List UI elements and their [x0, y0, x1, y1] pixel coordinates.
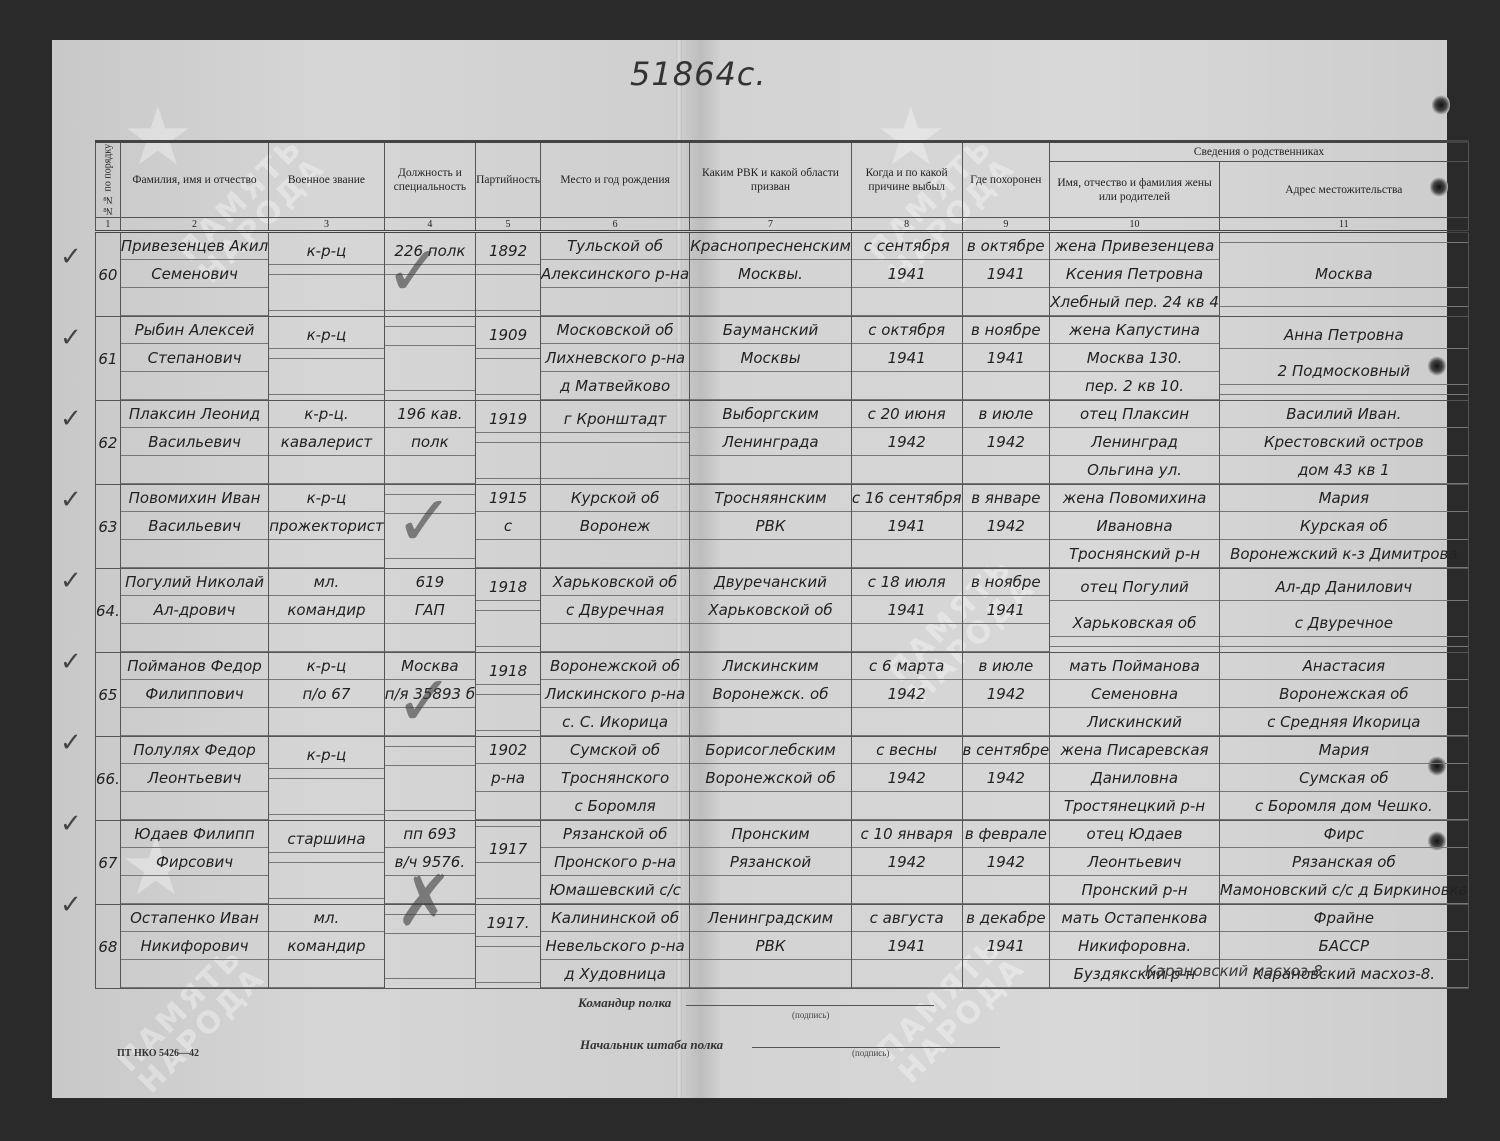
cell-line: Ксения Петровна — [1050, 261, 1219, 288]
verification-check-mark-icon: ✓ — [385, 230, 444, 312]
cell-name: Полулях ФедорЛеонтьевич — [120, 737, 268, 821]
cell-line: р-на — [476, 765, 540, 792]
cell-birth-place: Харьковской обс Двуречная — [541, 569, 690, 653]
cell-line — [476, 274, 540, 275]
cell-departure: с 20 июня1942 — [851, 401, 962, 485]
cell-line: Москва — [1220, 261, 1468, 288]
cell-line: 1941 — [852, 261, 962, 288]
cell-line: Алексинского р-на — [541, 261, 689, 288]
cell-line: с октября — [852, 317, 962, 344]
row-check-mark-icon: ✓ — [60, 404, 82, 434]
row-number: 68 — [96, 905, 121, 989]
cell-line: Юдаев Филипп — [121, 821, 268, 848]
cell-line: Тульской об — [541, 233, 689, 260]
cell-line — [476, 793, 540, 820]
cell-line — [690, 457, 851, 484]
cell-relative: жена ПривезенцеваКсения ПетровнаХлебный … — [1050, 232, 1220, 317]
cell-line: Мамоновский с/с д Биркиновка — [1220, 877, 1468, 904]
header-position: Должность и специальность — [384, 142, 475, 218]
cell-line: мл. — [269, 569, 383, 596]
cell-line: 1919 — [476, 406, 540, 433]
cell-line — [690, 625, 851, 652]
table-row: 65Пойманов ФедорФилиппович к-р-цп/о 67 М… — [96, 653, 1469, 737]
table-row: 62Плаксин ЛеонидВасильевич к-р-ц.кавалер… — [96, 401, 1469, 485]
cell-line — [690, 289, 851, 316]
cell-birth-place: Сумской обТроснянскогос Боромля — [541, 737, 690, 821]
commander-label: Командир полка — [578, 995, 671, 1011]
cell-line — [852, 373, 962, 400]
cell-line: Курская об — [1220, 513, 1468, 540]
cell-burial: в июле1942 — [962, 653, 1050, 737]
cell-line — [269, 961, 383, 988]
cell-line: 1917 — [476, 836, 540, 863]
cell-line: Ленинградским — [690, 905, 851, 932]
cell-line: с Двуречное — [1220, 610, 1468, 637]
address-overflow-text: Карановский масхоз-8. — [1145, 962, 1327, 980]
cell-line: в декабре — [963, 905, 1050, 932]
cell-rvk: ЛискинскимВоронежск. об — [690, 653, 852, 737]
cell-line: 1941 — [963, 261, 1050, 288]
cell-departure: с 10 января1942 — [851, 821, 962, 905]
cell-rvk: ДвуречанскийХарьковской об — [690, 569, 852, 653]
chief-of-staff-signature-caption: (подпись) — [852, 1048, 889, 1058]
cell-line — [121, 541, 268, 568]
cell-line — [963, 793, 1050, 820]
cell-address: Москва — [1219, 232, 1468, 317]
cell-rvk: БауманскийМосквы — [690, 317, 852, 401]
cell-address: ФирсРязанская обМамоновский с/с д Биркин… — [1219, 821, 1468, 905]
cell-line: пер. 2 кв 10. — [1050, 373, 1219, 400]
cell-line — [385, 345, 475, 346]
cell-line — [541, 452, 689, 479]
cell-line: Лискинский — [1050, 709, 1219, 736]
cell-rank: к-р-ц — [269, 317, 384, 401]
cell-line: д Матвейково — [541, 373, 689, 400]
header-relative-name: Имя, отчество и фамилия жены или родител… — [1050, 162, 1220, 218]
cell-line: Воронежская об — [1220, 681, 1468, 708]
cell-line — [476, 610, 540, 611]
cell-relative: отец ПлаксинЛенинградОльгина ул. — [1050, 401, 1220, 485]
cell-birth-place: Воронежской обЛискинского р-нас. С. Икор… — [541, 653, 690, 737]
cell-relative: отец ПогулийХарьковская об — [1050, 569, 1220, 653]
header-left: Когда и по какой причине выбыл — [851, 142, 962, 218]
cell-line — [269, 541, 383, 568]
row-number: 62 — [96, 401, 121, 485]
cell-line: Семеновна — [1050, 681, 1219, 708]
cell-line: Крестовский остров — [1220, 429, 1468, 456]
cell-name: Привезенцев АкилСеменович — [120, 232, 268, 317]
cell-burial: в январе1942 — [962, 485, 1050, 569]
cell-line: Фирсович — [121, 849, 268, 876]
cell-line: Ивановна — [1050, 513, 1219, 540]
cell-line: 619 — [385, 569, 475, 596]
form-code: ПТ НКО 5426—42 — [117, 1048, 199, 1059]
cell-line: с 18 июля — [852, 569, 962, 596]
cell-burial: в ноябре1941 — [962, 317, 1050, 401]
cell-name: Погулий НиколайАл-дрович — [120, 569, 268, 653]
cell-departure: с 6 марта1942 — [851, 653, 962, 737]
cell-line — [476, 704, 540, 731]
row-number: 65 — [96, 653, 121, 737]
cell-line — [1220, 394, 1468, 395]
row-check-mark-icon: ✓ — [60, 647, 82, 677]
header-number: №№ по порядку — [96, 142, 121, 218]
cell-line: Степанович — [121, 345, 268, 372]
table-row: 66.Полулях ФедорЛеонтьевич к-р-ц 1902р-н… — [96, 737, 1469, 821]
row-number: 66. — [96, 737, 121, 821]
cell-line — [852, 877, 962, 904]
cell-line: дом 43 кв 1 — [1220, 457, 1468, 484]
cell-rank: к-р-цпрожекторист — [269, 485, 384, 569]
cell-line: командир — [269, 933, 383, 960]
cell-line: Троснянский р-н — [1050, 541, 1219, 568]
cell-line — [690, 793, 851, 820]
cell-rank: к-р-цп/о 67 — [269, 653, 384, 737]
cell-line: с Средняя Икорица — [1220, 709, 1468, 736]
cell-relative: жена ПисаревскаяДаниловнаТростянецкий р-… — [1050, 737, 1220, 821]
cell-rvk: ТросняянскимРВК — [690, 485, 852, 569]
cell-line — [690, 961, 851, 988]
cell-line: РВК — [690, 513, 851, 540]
cell-birth-place: Калининской обНевельского р-над Худовниц… — [541, 905, 690, 989]
cell-line — [852, 961, 962, 988]
header-rank: Военное звание — [269, 142, 384, 218]
cell-line: Харьковской об — [541, 569, 689, 596]
cell-line: Юмашевский с/с — [541, 877, 689, 904]
cell-line — [269, 284, 383, 311]
cell-burial: в декабре1941 — [962, 905, 1050, 989]
header-relatives-group: Сведения о родственниках — [1050, 142, 1469, 162]
cell-line: Филиппович — [121, 681, 268, 708]
cell-line: Пойманов Федор — [121, 653, 268, 680]
cell-line: Ленинграда — [690, 429, 851, 456]
cell-burial: в сентябре1942 — [962, 737, 1050, 821]
cell-line — [963, 961, 1050, 988]
table-row: 67Юдаев ФилиппФирсович старшина пп 693в/… — [96, 821, 1469, 905]
cell-departure: с 18 июля1941 — [851, 569, 962, 653]
cell-line: Остапенко Иван — [121, 905, 268, 932]
cell-departure: с октября1941 — [851, 317, 962, 401]
cell-line — [269, 872, 383, 899]
cell-name: Повомихин ИванВасильевич — [120, 485, 268, 569]
cell-line: с 20 июня — [852, 401, 962, 428]
cell-line: Плаксин Леонид — [121, 401, 268, 428]
cell-address: МарияСумская обс Боромля дом Чешко. — [1219, 737, 1468, 821]
cell-line: Воронежский к-з Димитрова — [1220, 541, 1468, 568]
cell-line: 1909 — [476, 322, 540, 349]
cell-line — [1220, 646, 1468, 647]
cell-line — [476, 358, 540, 359]
table-row: 64.Погулий НиколайАл-дрович мл.командир … — [96, 569, 1469, 653]
cell-line: г Кронштадт — [541, 406, 689, 433]
cell-line: Харьковская об — [1050, 610, 1219, 637]
cell-line: 1902 — [476, 737, 540, 764]
cell-rvk: КраснопресненскимМосквы. — [690, 232, 852, 317]
cell-line: 1942 — [852, 429, 962, 456]
cell-address: АнастасияВоронежская обс Средняя Икорица — [1219, 653, 1468, 737]
cell-burial: в октябре1941 — [962, 232, 1050, 317]
cell-line: Сумской об — [541, 737, 689, 764]
cell-line: Василий Иван. — [1220, 401, 1468, 428]
cell-line: 1941 — [963, 345, 1050, 372]
cell-line: с Боромля — [541, 793, 689, 820]
cell-line: в январе — [963, 485, 1050, 512]
cell-line: отец Плаксин — [1050, 401, 1219, 428]
row-check-mark-icon: ✓ — [60, 323, 82, 353]
cell-position: 619ГАП — [384, 569, 475, 653]
cell-line — [1220, 306, 1468, 307]
cell-line: Леонтьевич — [1050, 849, 1219, 876]
cell-party: 1909 — [476, 317, 541, 401]
archive-number: 51864с. — [630, 55, 767, 93]
cell-line: Краснопресненским — [690, 233, 851, 260]
cell-line: кавалерист — [269, 429, 383, 456]
cell-party: 1917 — [476, 821, 541, 905]
cell-burial: в феврале1942 — [962, 821, 1050, 905]
cell-line: к-р-ц. — [269, 401, 383, 428]
cell-line: отец Юдаев — [1050, 821, 1219, 848]
cell-line — [269, 625, 383, 652]
cell-line — [269, 457, 383, 484]
cell-party: 1915с — [476, 485, 541, 569]
cell-line: Леонтьевич — [121, 765, 268, 792]
cell-line: Воронежской об — [541, 653, 689, 680]
cell-line — [690, 709, 851, 736]
cell-line: Воронежской об — [690, 765, 851, 792]
cell-line: Никифорович — [121, 933, 268, 960]
cell-name: Юдаев ФилиппФирсович — [120, 821, 268, 905]
cell-line — [269, 709, 383, 736]
table-row: 63Повомихин ИванВасильевич к-р-цпрожекто… — [96, 485, 1469, 569]
cell-line: Фрайне — [1220, 905, 1468, 932]
cell-line: жена Повомихина — [1050, 485, 1219, 512]
cell-line — [476, 826, 540, 827]
row-check-mark-icon: ✓ — [60, 242, 82, 272]
cell-party: 1892 — [476, 232, 541, 317]
cell-line — [476, 694, 540, 695]
cell-departure: с весны1942 — [851, 737, 962, 821]
cell-line: Повомихин Иван — [121, 485, 268, 512]
cell-line — [121, 961, 268, 988]
cell-relative: жена ПовомихинаИвановнаТроснянский р-н — [1050, 485, 1220, 569]
cell-line: БАССР — [1220, 933, 1468, 960]
cell-line: Воронеж — [541, 513, 689, 540]
cell-line — [121, 709, 268, 736]
cell-line: ГАП — [385, 597, 475, 624]
cell-line: Лихневского р-на — [541, 345, 689, 372]
cell-line: 1941 — [852, 597, 962, 624]
cell-line — [269, 778, 383, 779]
cell-line: Семенович — [121, 261, 268, 288]
cell-line: 1942 — [852, 765, 962, 792]
cell-departure: с августа1941 — [851, 905, 962, 989]
cell-line — [269, 274, 383, 275]
cell-line: Москвы. — [690, 261, 851, 288]
cell-rvk: ВыборгскимЛенинграда — [690, 401, 852, 485]
cell-line: Ал-дрович — [121, 597, 268, 624]
cell-line — [541, 541, 689, 568]
cell-line: к-р-ц — [269, 742, 383, 769]
row-number: 64. — [96, 569, 121, 653]
header-address: Адрес местожительства — [1219, 162, 1468, 218]
cell-line — [963, 289, 1050, 316]
cell-line: Васильевич — [121, 429, 268, 456]
cell-line: 1941 — [852, 933, 962, 960]
cell-address: Анна Петровна2 Подмосковный — [1219, 317, 1468, 401]
cell-line: с Двуречная — [541, 597, 689, 624]
cell-line — [963, 373, 1050, 400]
cell-line — [690, 877, 851, 904]
cell-line: Борисоглебским — [690, 737, 851, 764]
commander-signature-caption: (подпись) — [792, 1010, 829, 1020]
cell-line: Невельского р-на — [541, 933, 689, 960]
cell-name: Плаксин ЛеонидВасильевич — [120, 401, 268, 485]
cell-line: Троснянского — [541, 765, 689, 792]
cell-line: с. С. Икорица — [541, 709, 689, 736]
cell-line — [541, 442, 689, 443]
cell-line: в октябре — [963, 233, 1050, 260]
cell-line — [476, 620, 540, 647]
row-check-mark-icon: ✓ — [60, 809, 82, 839]
cell-line — [269, 788, 383, 815]
cell-line: Полулях Федор — [121, 737, 268, 764]
header-name: Фамилия, имя и отчество — [120, 142, 268, 218]
cell-line: Рязанской — [690, 849, 851, 876]
cell-line: к-р-ц — [269, 485, 383, 512]
cell-rank: мл.командир — [269, 905, 384, 989]
cell-rank: мл.командир — [269, 569, 384, 653]
cell-line — [852, 625, 962, 652]
cell-line — [852, 457, 962, 484]
cell-line: с 10 января — [852, 821, 962, 848]
cell-line: Никифоровна. — [1050, 933, 1219, 960]
cell-line: 1942 — [963, 429, 1050, 456]
cell-line — [121, 793, 268, 820]
cell-line: 1918 — [476, 658, 540, 685]
cell-line — [121, 457, 268, 484]
cell-line: Калининской об — [541, 905, 689, 932]
header-party: Партийность — [476, 142, 541, 218]
cell-line — [852, 289, 962, 316]
cell-line: 1892 — [476, 238, 540, 265]
row-check-mark-icon: ✓ — [60, 566, 82, 596]
cell-line — [476, 872, 540, 899]
cell-line: мл. — [269, 905, 383, 932]
cell-party: 1917. — [476, 905, 541, 989]
cell-line: Сумская об — [1220, 765, 1468, 792]
cell-address: МарияКурская обВоронежский к-з Димитрова — [1219, 485, 1468, 569]
cell-line: Привезенцев Акил — [121, 233, 268, 260]
cell-line — [690, 373, 851, 400]
row-number: 63 — [96, 485, 121, 569]
cell-line: Пронский р-н — [1050, 877, 1219, 904]
cell-position — [384, 737, 475, 821]
cell-line: жена Писаревская — [1050, 737, 1219, 764]
cell-rank: к-р-ц — [269, 737, 384, 821]
cell-departure: с сентября1941 — [851, 232, 962, 317]
cell-line: Лискинским — [690, 653, 851, 680]
cell-line — [852, 709, 962, 736]
cell-line — [385, 765, 475, 766]
cell-line: Фирс — [1220, 821, 1468, 848]
cell-line: 1942 — [963, 849, 1050, 876]
cell-line: Выборгским — [690, 401, 851, 428]
cell-line — [541, 289, 689, 316]
cell-line: 1942 — [852, 681, 962, 708]
cell-line: в сентябре — [963, 737, 1050, 764]
cell-line: 1942 — [963, 513, 1050, 540]
cell-line: к-р-ц — [269, 322, 383, 349]
cell-line — [690, 541, 851, 568]
header-buried: Где похоронен — [962, 142, 1050, 218]
cell-line: Воронежск. об — [690, 681, 851, 708]
verification-check-mark-icon: ✓ — [395, 480, 454, 562]
cell-burial: в ноябре1941 — [962, 569, 1050, 653]
cell-rvk: ЛенинградскимРВК — [690, 905, 852, 989]
cell-line: 2 Подмосковный — [1220, 358, 1468, 385]
cell-line: п/о 67 — [269, 681, 383, 708]
cell-line: Анна Петровна — [1220, 322, 1468, 349]
cell-line: Лискинского р-на — [541, 681, 689, 708]
cell-line: Погулий Николай — [121, 569, 268, 596]
cell-line: 1941 — [963, 933, 1050, 960]
cell-line: Тросняянским — [690, 485, 851, 512]
cell-line: Рязанская об — [1220, 849, 1468, 876]
cell-line: в феврале — [963, 821, 1050, 848]
cell-line — [1220, 242, 1468, 243]
cell-line: старшина — [269, 826, 383, 853]
cell-line: к-р-ц — [269, 238, 383, 265]
cell-line: 1915 — [476, 485, 540, 512]
cell-line: жена Капустина — [1050, 317, 1219, 344]
table-row: 60Привезенцев АкилСеменович к-р-ц 226 по… — [96, 232, 1469, 317]
cell-line: Рыбин Алексей — [121, 317, 268, 344]
cell-birth-place: г Кронштадт — [541, 401, 690, 485]
cell-line: Тростянецкий р-н — [1050, 793, 1219, 820]
row-number: 67 — [96, 821, 121, 905]
cell-line — [963, 625, 1050, 652]
cell-line: 1941 — [852, 345, 962, 372]
cell-line: жена Привезенцева — [1050, 233, 1219, 260]
cell-line: 1918 — [476, 574, 540, 601]
row-number: 60 — [96, 232, 121, 317]
cell-line — [269, 862, 383, 863]
cell-line: Рязанской об — [541, 821, 689, 848]
cell-departure: с 16 сентября1941 — [851, 485, 962, 569]
chief-of-staff-label: Начальник штаба полка — [580, 1037, 723, 1053]
cell-name: Остапенко ИванНикифорович — [120, 905, 268, 989]
cell-line: Москва 130. — [1050, 345, 1219, 372]
cell-line — [476, 452, 540, 479]
cell-line: Анастасия — [1220, 653, 1468, 680]
cell-line: прожекторист — [269, 513, 383, 540]
cell-line — [121, 877, 268, 904]
cell-line: Бауманский — [690, 317, 851, 344]
cell-line — [121, 625, 268, 652]
cell-rvk: ПронскимРязанской — [690, 821, 852, 905]
cell-line: с весны — [852, 737, 962, 764]
cell-line: с 6 марта — [852, 653, 962, 680]
cell-position — [384, 317, 475, 401]
cell-line — [269, 358, 383, 359]
cell-rank: старшина — [269, 821, 384, 905]
cell-address: Ал-др Даниловичс Двуречное — [1219, 569, 1468, 653]
cell-line: Ольгина ул. — [1050, 457, 1219, 484]
cell-line: полк — [385, 429, 475, 456]
cell-line: отец Погулий — [1050, 574, 1219, 601]
cell-line: командир — [269, 597, 383, 624]
table-row: 61Рыбин АлексейСтепанович к-р-ц 1909 Мос… — [96, 317, 1469, 401]
